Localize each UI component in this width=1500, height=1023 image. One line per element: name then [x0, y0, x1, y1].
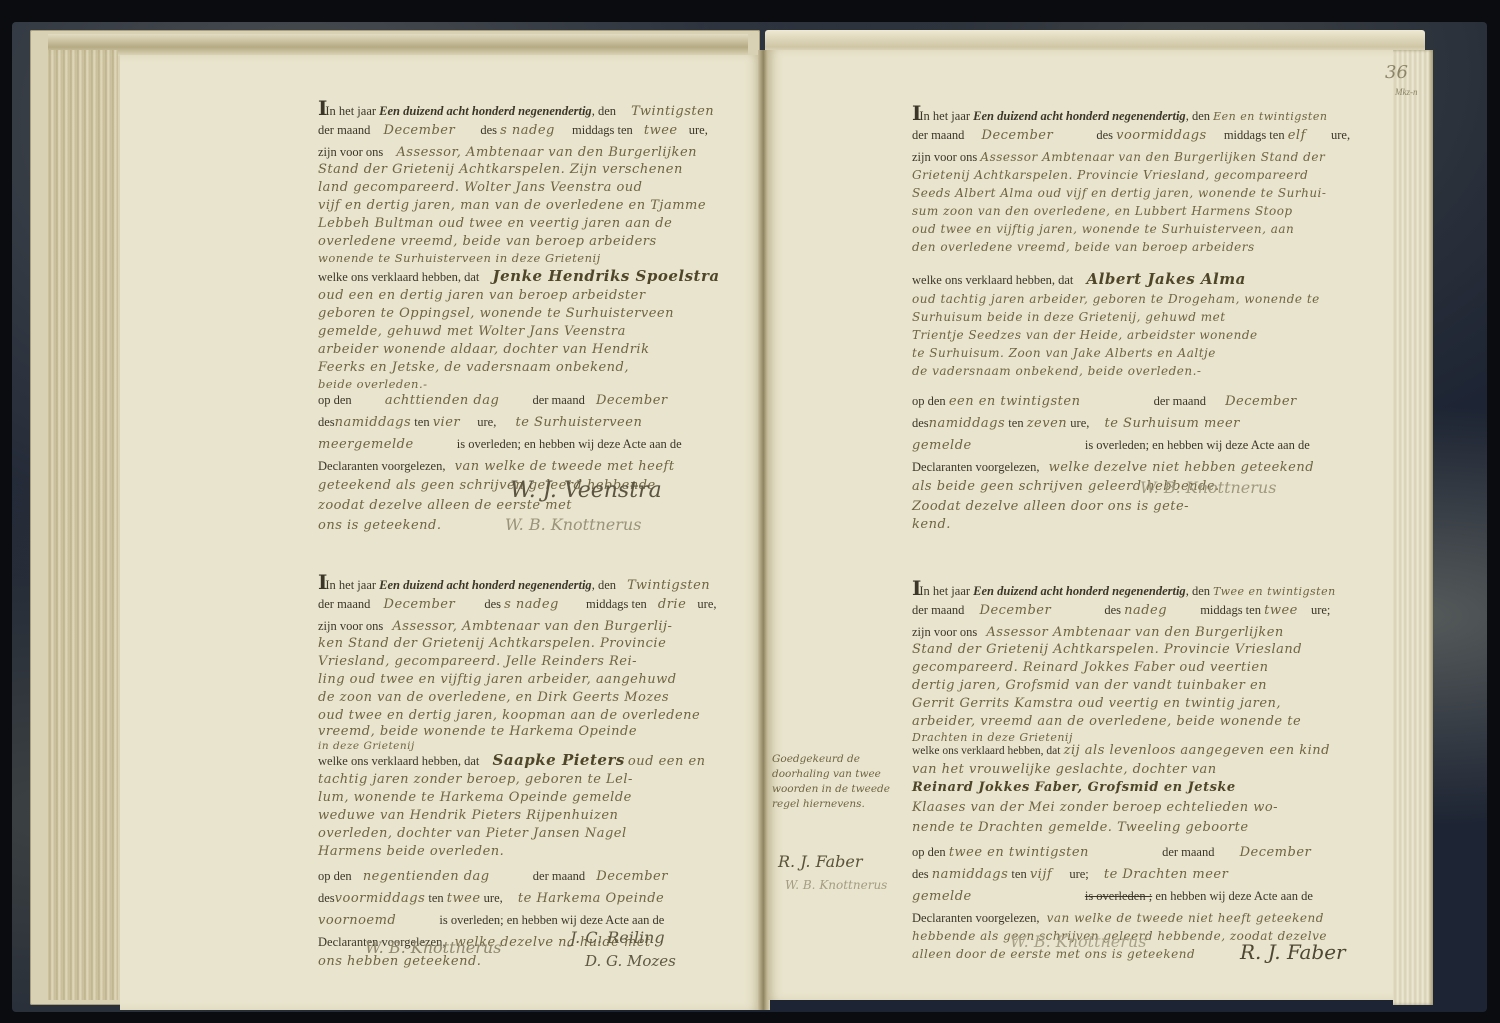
record-hour: elf — [1288, 128, 1306, 143]
right-stack-page-edges — [1393, 50, 1433, 1005]
closing-text: ons is geteekend. — [318, 516, 442, 536]
record-day: Twee en twintigsten — [1213, 585, 1336, 598]
intro-line: IIn het jaar Een duizend acht honderd ne… — [912, 578, 1336, 598]
des-label: des — [1104, 603, 1121, 617]
middags-label: middags ten — [572, 123, 633, 137]
deceased-details: oud een en dertig jaren van beroep arbei… — [318, 286, 646, 306]
zijn-voor-ons-label: zijn voor ons — [912, 150, 977, 164]
record-hour: drie — [658, 597, 686, 612]
declaranten-label: Declaranten voorgelezen, — [912, 911, 1039, 925]
appearers-text: Seeds Albert Alma oud vijf en dertig jar… — [912, 183, 1326, 203]
deceased-name: Albert Jakes Alma — [1087, 270, 1246, 288]
intro-line: IIn het jaar Een duizend acht honderd ne… — [318, 572, 710, 592]
death-hour: vijf — [1030, 867, 1052, 882]
record-part-of-day: s nadeg — [500, 123, 555, 138]
signature: R. J. Faber — [778, 852, 862, 871]
record-month: December — [384, 123, 456, 138]
appearers-text: den overledene vreemd, beide van beroep … — [912, 237, 1255, 257]
death-date-line: op den negentienden dag der maand Decemb… — [318, 866, 668, 886]
appearers-text: dertig jaren, Grofsmid van der vandt tui… — [912, 676, 1267, 696]
margin-note-text: Goedgekeurd de doorhaling van twee woord… — [772, 753, 890, 810]
record-month: December — [980, 603, 1052, 618]
appearers-text: Vriesland, gecompareerd. Jelle Reinders … — [318, 652, 637, 672]
closing-text: welke dezelve niet hebben geteekend — [1049, 460, 1314, 475]
deceased-details: lum, wonende te Harkema Opeinde gemelde — [318, 788, 632, 808]
appearers-text: Gerrit Gerrits Kamstra oud veertig en tw… — [912, 694, 1281, 714]
record-hour: twee — [1264, 603, 1298, 618]
overleden-line: voornoemd is overleden; en hebben wij de… — [318, 910, 664, 930]
signature: D. G. Mozes — [585, 952, 676, 970]
der-maand-label: der maand — [318, 597, 370, 611]
welke-label: welke ons verklaard hebben, dat — [912, 273, 1073, 287]
op-den-label: op den — [912, 845, 946, 859]
appearers-text: Assessor, Ambtenaar van den Burgerlij- — [392, 619, 672, 634]
overleden-label: is overleden; en hebben wij deze Acte aa… — [1085, 438, 1310, 452]
der-maand-label: der maand — [318, 123, 370, 137]
ure-label: ure, — [689, 123, 708, 137]
death-place: te Drachten meer — [1104, 867, 1228, 882]
death-part-of-day: voormiddags — [335, 891, 426, 906]
death-day: achttienden dag — [385, 393, 500, 408]
signature: W. J. Veenstra — [510, 478, 662, 503]
den-label: , den — [592, 104, 616, 118]
deceased-details: geboren te Oppingsel, wonende te Surhuis… — [318, 304, 674, 324]
des-label: des — [484, 597, 501, 611]
deceased-details: de vadersnaam onbekend, beide overleden.… — [912, 361, 1201, 381]
signature: R. J. Faber — [1240, 940, 1346, 964]
middags-label: middags ten — [1200, 603, 1261, 617]
der-maand-label: der maand — [912, 128, 964, 142]
death-time-line: desnamiddags ten zeven ure, te Surhuisum… — [912, 413, 1240, 433]
overleden-line: gemelde is overleden; en hebben wij deze… — [912, 435, 1310, 455]
appearers-text: Assessor, Ambtenaar van den Burgerlijken — [396, 145, 697, 160]
intro-line: IIn het jaar Een duizend acht honderd ne… — [318, 98, 714, 118]
death-date-line: op den een en twintigsten der maand Dece… — [912, 391, 1297, 411]
death-day: twee en twintigsten — [949, 845, 1089, 860]
left-stack-top-edge — [48, 34, 748, 56]
der-maand-label: der maand — [532, 393, 584, 407]
deceased-details: weduwe van Hendrik Pieters Rijpenhuizen — [318, 806, 618, 826]
deceased-details: nende te Drachten gemelde. Tweeling gebo… — [912, 818, 1249, 838]
year-text: Een duizend acht honderd negenendertig — [379, 104, 592, 118]
death-part-of-day: namiddags — [932, 867, 1009, 882]
signature: W. B. Knottnerus — [505, 515, 641, 534]
ure-label: ure; — [1069, 867, 1088, 881]
record-month: December — [982, 128, 1054, 143]
deceased-details: oud tachtig jaren arbeider, geboren te D… — [912, 289, 1320, 309]
zijn-voor-ons-label: zijn voor ons — [318, 619, 383, 633]
welke-label: welke ons verklaard hebben, dat — [318, 270, 479, 284]
year-text: Een duizend acht honderd negenendertig — [973, 109, 1186, 123]
signature: W. B. Knottnerus — [1010, 932, 1146, 951]
month-line: der maand December des voormiddags midda… — [912, 125, 1350, 145]
signature: W. B. Knottnerus — [785, 878, 887, 892]
record-part-of-day: s nadeg — [504, 597, 559, 612]
des-label: des — [318, 891, 335, 905]
deceased-details: oud een en — [628, 754, 706, 769]
year-text: Een duizend acht honderd negenendertig — [973, 584, 1186, 598]
signature: W. B. Knottnerus — [365, 938, 501, 957]
appearers-text: Assessor Ambtenaar van den Burgerlijken … — [980, 150, 1325, 164]
deceased-name: Jenke Hendriks Spoelstra — [493, 267, 720, 285]
death-time-line: des namiddags ten vijf ure; te Drachten … — [912, 864, 1228, 884]
year-text: Een duizend acht honderd negenendertig — [379, 578, 592, 592]
death-date-line: op den twee en twintigsten der maand Dec… — [912, 842, 1311, 862]
den-label: , den — [1186, 109, 1210, 123]
death-month: December — [596, 869, 668, 884]
record-part-of-day: nadeg — [1124, 603, 1167, 618]
appearers-line: zijn voor ons Assessor, Ambtenaar van de… — [318, 142, 697, 162]
left-stack-page-edges — [48, 50, 118, 1000]
month-line: der maand December des nadeg middags ten… — [912, 600, 1330, 620]
middags-label: middags ten — [1224, 128, 1285, 142]
death-hour: twee — [447, 891, 481, 906]
der-maand-label: der maand — [912, 603, 964, 617]
appearers-text: gecompareerd. Reinard Jokkes Faber oud v… — [912, 658, 1268, 678]
intro-line: IIn het jaar Een duizend acht honderd ne… — [912, 103, 1327, 123]
des-label: des — [480, 123, 497, 137]
record-day: Twintigsten — [627, 578, 710, 593]
welke-label: welke ons verklaard hebben, dat — [318, 754, 479, 768]
deceased-details: te Surhuisum. Zoon van Jake Alberts en A… — [912, 343, 1216, 363]
der-maand-label: der maand — [533, 869, 585, 883]
appearers-text: de zoon van de overledene, en Dirk Geert… — [318, 688, 669, 708]
death-time-line: desnamiddags ten vier ure, te Surhuister… — [318, 412, 642, 432]
welke-label: welke ons verklaard hebben, dat — [912, 745, 1060, 757]
appearers-text: land gecompareerd. Wolter Jans Veenstra … — [318, 178, 643, 198]
deceased-details: Harmens beide overleden. — [318, 842, 504, 862]
appearers-line: zijn voor ons Assessor Ambtenaar van den… — [912, 622, 1284, 642]
des-label: des — [912, 867, 929, 881]
op-den-label: op den — [912, 394, 946, 408]
appearers-text: sum zoon van den overledene, en Lubbert … — [912, 201, 1293, 221]
death-month: December — [1240, 845, 1312, 860]
death-day: negentienden dag — [363, 869, 490, 884]
death-place: te Surhuisterveen — [515, 415, 642, 430]
appearers-text: oud twee en vijftig jaren, wonende te Su… — [912, 219, 1294, 239]
deceased-details: Reinard Jokkes Faber, Grofsmid en Jetske — [912, 778, 1236, 798]
intro-text: In het jaar — [919, 109, 970, 123]
des-label: des — [1096, 128, 1113, 142]
death-place: te Surhuisum meer — [1105, 416, 1240, 431]
overleden-label-remainder: en hebben wij deze Acte aan de — [1155, 889, 1313, 903]
declaration-line: welke ons verklaard hebben, dat zij als … — [912, 740, 1330, 760]
middags-label: middags ten — [586, 597, 647, 611]
intro-text: In het jaar — [325, 104, 376, 118]
deceased-details: arbeider wonende aldaar, dochter van Hen… — [318, 340, 649, 360]
appearers-text: ling oud twee en vijftig jaren arbeider,… — [318, 670, 677, 690]
death-time-line: desvoormiddags ten twee ure, te Harkema … — [318, 888, 664, 908]
record-day: Twintigsten — [631, 104, 714, 119]
overleden-line: meergemelde is overleden; en hebben wij … — [318, 434, 682, 454]
record-day: Een en twintigsten — [1213, 110, 1327, 123]
op-den-label: op den — [318, 869, 352, 883]
appearers-text: vijf en dertig jaren, man van de overled… — [318, 196, 706, 216]
deceased-details: gemelde, gehuwd met Wolter Jans Veenstra — [318, 322, 626, 342]
signature: J. C. Reiling — [570, 928, 665, 947]
deceased-details: van het vrouwelijke geslachte, dochter v… — [912, 760, 1217, 780]
appearers-text: Stand der Grietenij Achtkarspelen. Provi… — [912, 640, 1302, 660]
der-maand-label: der maand — [1162, 845, 1214, 859]
death-place: gemelde — [912, 889, 972, 904]
declaranten-line: Declaranten voorgelezen, van welke de tw… — [912, 908, 1324, 928]
declaranten-line: Declaranten voorgelezen, welke dezelve n… — [912, 457, 1314, 477]
appearers-text: Lebbeh Bultman oud twee en veertig jaren… — [318, 214, 672, 234]
des-label: des — [912, 416, 929, 430]
deceased-name: Saapke Pieters — [493, 751, 625, 769]
death-place: te Harkema Opeinde — [518, 891, 664, 906]
death-date-line: op den achttienden dag der maand Decembe… — [318, 390, 668, 410]
appearers-text: wonende te Surhuisterveen in deze Griete… — [318, 248, 601, 268]
death-place: voornoemd — [318, 913, 396, 928]
der-maand-label: der maand — [1154, 394, 1206, 408]
ure-label: ure, — [1331, 128, 1350, 142]
closing-text: van welke de tweede niet heeft geteekend — [1047, 911, 1324, 925]
appearers-line: zijn voor ons Assessor, Ambtenaar van de… — [318, 616, 672, 636]
declaranten-label: Declaranten voorgelezen, — [912, 460, 1039, 474]
page-number: 36 — [1385, 62, 1408, 83]
death-place: meergemelde — [318, 437, 414, 452]
death-place: gemelde — [912, 438, 972, 453]
record-month: December — [384, 597, 456, 612]
appearers-text: Assessor Ambtenaar van den Burgerlijken — [986, 625, 1283, 640]
deceased-name: zij als levenloos aangegeven een kind — [1064, 743, 1330, 758]
zijn-voor-ons-label: zijn voor ons — [318, 145, 383, 159]
ure-label: ure, — [697, 597, 716, 611]
intro-text: In het jaar — [919, 584, 970, 598]
des-label: des — [318, 415, 335, 429]
ure-label: ure, — [477, 415, 496, 429]
ure-label: ure, — [484, 891, 503, 905]
closing-text: van welke de tweede met heeft — [455, 459, 675, 474]
deceased-details: Surhuisum beide in deze Grietenij, gehuw… — [912, 307, 1226, 327]
ure-label: ure, — [1070, 416, 1089, 430]
declaration-line: welke ons verklaard hebben, dat Jenke He… — [318, 266, 720, 286]
declaration-line: welke ons verklaard hebben, dat Saapke P… — [318, 750, 706, 770]
appearers-text: Stand der Grietenij Achtkarspelen. Zijn … — [318, 160, 683, 180]
deceased-details: overleden, dochter van Pieter Jansen Nag… — [318, 824, 627, 844]
appearers-text: ken Stand der Grietenij Achtkarspelen. P… — [318, 634, 666, 654]
den-label: , den — [1186, 584, 1210, 598]
closing-text: Zoodat dezelve alleen door ons is gete- — [912, 497, 1189, 517]
month-line: der maand December des s nadeg middags t… — [318, 594, 717, 614]
ure-label: ure; — [1311, 603, 1330, 617]
record-part-of-day: voormiddags — [1116, 128, 1207, 143]
death-day: een en twintigsten — [949, 394, 1081, 409]
declaranten-label: Declaranten voorgelezen, — [318, 459, 445, 473]
intro-text: In het jaar — [325, 578, 376, 592]
struck-overleden: is overleden ; — [1085, 889, 1152, 903]
page-mark: Mkz-n — [1395, 87, 1418, 97]
deceased-details: tachtig jaren zonder beroep, geboren te … — [318, 770, 633, 790]
op-den-label: op den — [318, 393, 352, 407]
death-hour: vier — [433, 415, 460, 430]
declaranten-line: Declaranten voorgelezen, van welke de tw… — [318, 456, 675, 476]
declaration-line: welke ons verklaard hebben, dat Albert J… — [912, 269, 1246, 289]
deceased-details: Trientje Seedzes van der Heide, arbeidst… — [912, 325, 1258, 345]
death-month: December — [1225, 394, 1297, 409]
record-hour: twee — [644, 123, 678, 138]
closing-text: kend. — [912, 515, 951, 535]
death-part-of-day: namiddags — [929, 416, 1006, 431]
margin-note: Goedgekeurd de doorhaling van twee woord… — [772, 752, 912, 812]
month-line: der maand December des s nadeg middags t… — [318, 120, 708, 140]
appearers-line: zijn voor ons Assessor Ambtenaar van den… — [912, 147, 1325, 167]
appearers-text: Grietenij Achtkarspelen. Provincie Vries… — [912, 165, 1308, 185]
overleden-label: is overleden; en hebben wij deze Acte aa… — [439, 913, 664, 927]
zijn-voor-ons-label: zijn voor ons — [912, 625, 977, 639]
den-label: , den — [592, 578, 616, 592]
death-month: December — [596, 393, 668, 408]
death-part-of-day: namiddags — [335, 415, 412, 430]
overleden-label: is overleden; en hebben wij deze Acte aa… — [457, 437, 682, 451]
death-hour: zeven — [1027, 416, 1067, 431]
signature: W. B. Knottnerus — [1140, 478, 1276, 497]
deceased-details: Klaases van der Mei zonder beroep echtel… — [912, 798, 1278, 818]
overleden-line: gemelde is overleden ; en hebben wij dez… — [912, 886, 1313, 906]
